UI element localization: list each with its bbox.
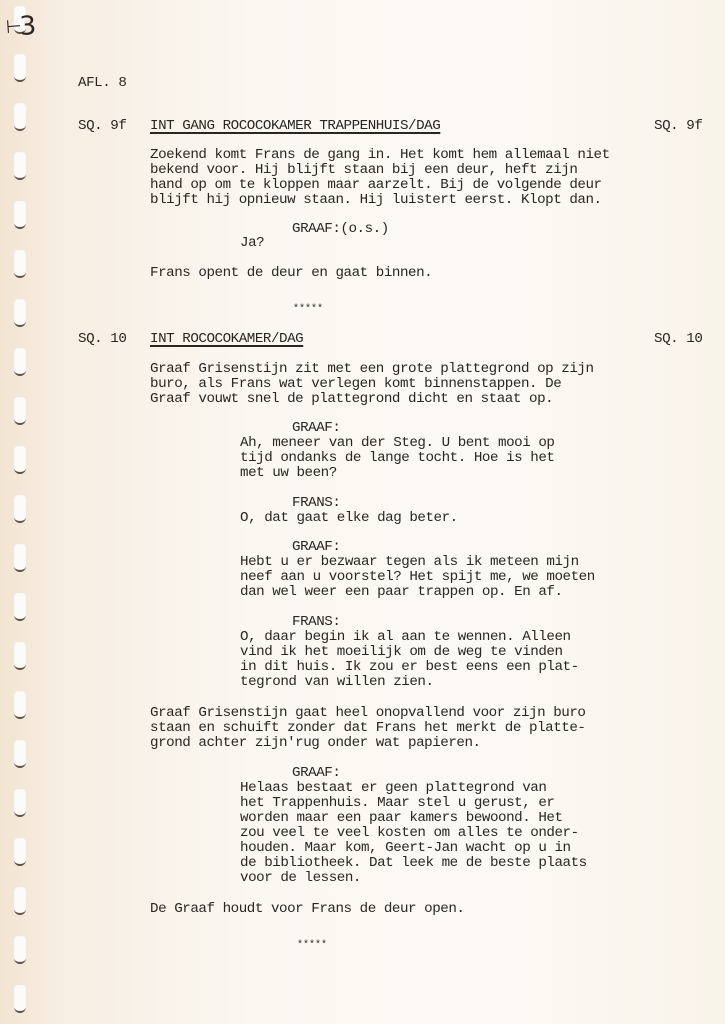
binding-hole-icon xyxy=(14,152,26,180)
scene-number-left: SQ. 10 xyxy=(78,332,126,347)
handmark-number: 3 xyxy=(19,11,36,42)
action-line: Graaf vouwt snel de plattegrond dicht en… xyxy=(150,392,553,407)
scene-number-right: SQ. 9f xyxy=(654,119,702,134)
scene-separator: ***** xyxy=(297,938,327,953)
binding-hole-icon xyxy=(14,348,26,376)
binding-hole-icon xyxy=(14,250,26,278)
binding-hole-icon xyxy=(14,495,26,523)
script-page: ⊢3 AFL. 8 SQ. 9f INT GANG ROCOCOKAMER TR… xyxy=(0,0,725,1024)
dialogue-line: dan wel weer een paar trappen op. En af. xyxy=(240,585,563,600)
scene-separator: ***** xyxy=(293,302,323,317)
binding-hole-icon xyxy=(14,985,26,1013)
binding-hole-icon xyxy=(14,887,26,915)
binding-hole-icon xyxy=(14,740,26,768)
action-line: grond achter zijn'rug onder wat papieren… xyxy=(150,736,481,751)
binding-hole-icon xyxy=(14,642,26,670)
binding-hole-icon xyxy=(14,54,26,82)
binding-hole-icon xyxy=(14,789,26,817)
binding-hole-icon xyxy=(14,446,26,474)
binding-hole-icon xyxy=(14,201,26,229)
binding-hole-icon xyxy=(14,397,26,425)
action-line: De Graaf houdt voor Frans de deur open. xyxy=(150,902,465,917)
dialogue-line: voor de lessen. xyxy=(240,871,361,886)
scene-number-left: SQ. 9f xyxy=(78,119,126,134)
binding-hole-icon xyxy=(14,299,26,327)
scene-heading: INT GANG ROCOCOKAMER TRAPPENHUIS/DAG xyxy=(150,119,440,134)
binding-hole-icon xyxy=(14,691,26,719)
scene-heading: INT ROCOCOKAMER/DAG xyxy=(150,332,303,347)
episode-label: AFL. 8 xyxy=(78,76,126,91)
action-line: Frans opent de deur en gaat binnen. xyxy=(150,266,432,281)
binding-holes xyxy=(0,0,40,1024)
handwritten-page-mark: ⊢3 xyxy=(5,13,35,41)
binding-hole-icon xyxy=(14,936,26,964)
action-line: blijft hij opnieuw staan. Hij luistert e… xyxy=(150,193,602,208)
dialogue-line: O, dat gaat elke dag beter. xyxy=(240,511,458,526)
binding-hole-icon xyxy=(14,103,26,131)
dialogue-line: met uw been? xyxy=(240,466,337,481)
binding-hole-icon xyxy=(14,544,26,572)
binding-hole-icon xyxy=(14,593,26,621)
character-name: GRAAF:(o.s.) xyxy=(292,222,389,237)
dialogue-line: tegrond van willen zien. xyxy=(240,675,434,690)
scene-number-right: SQ. 10 xyxy=(654,332,702,347)
binding-hole-icon xyxy=(14,838,26,866)
handmark-tick: ⊢ xyxy=(5,16,20,38)
dialogue-line: Ja? xyxy=(240,236,264,251)
